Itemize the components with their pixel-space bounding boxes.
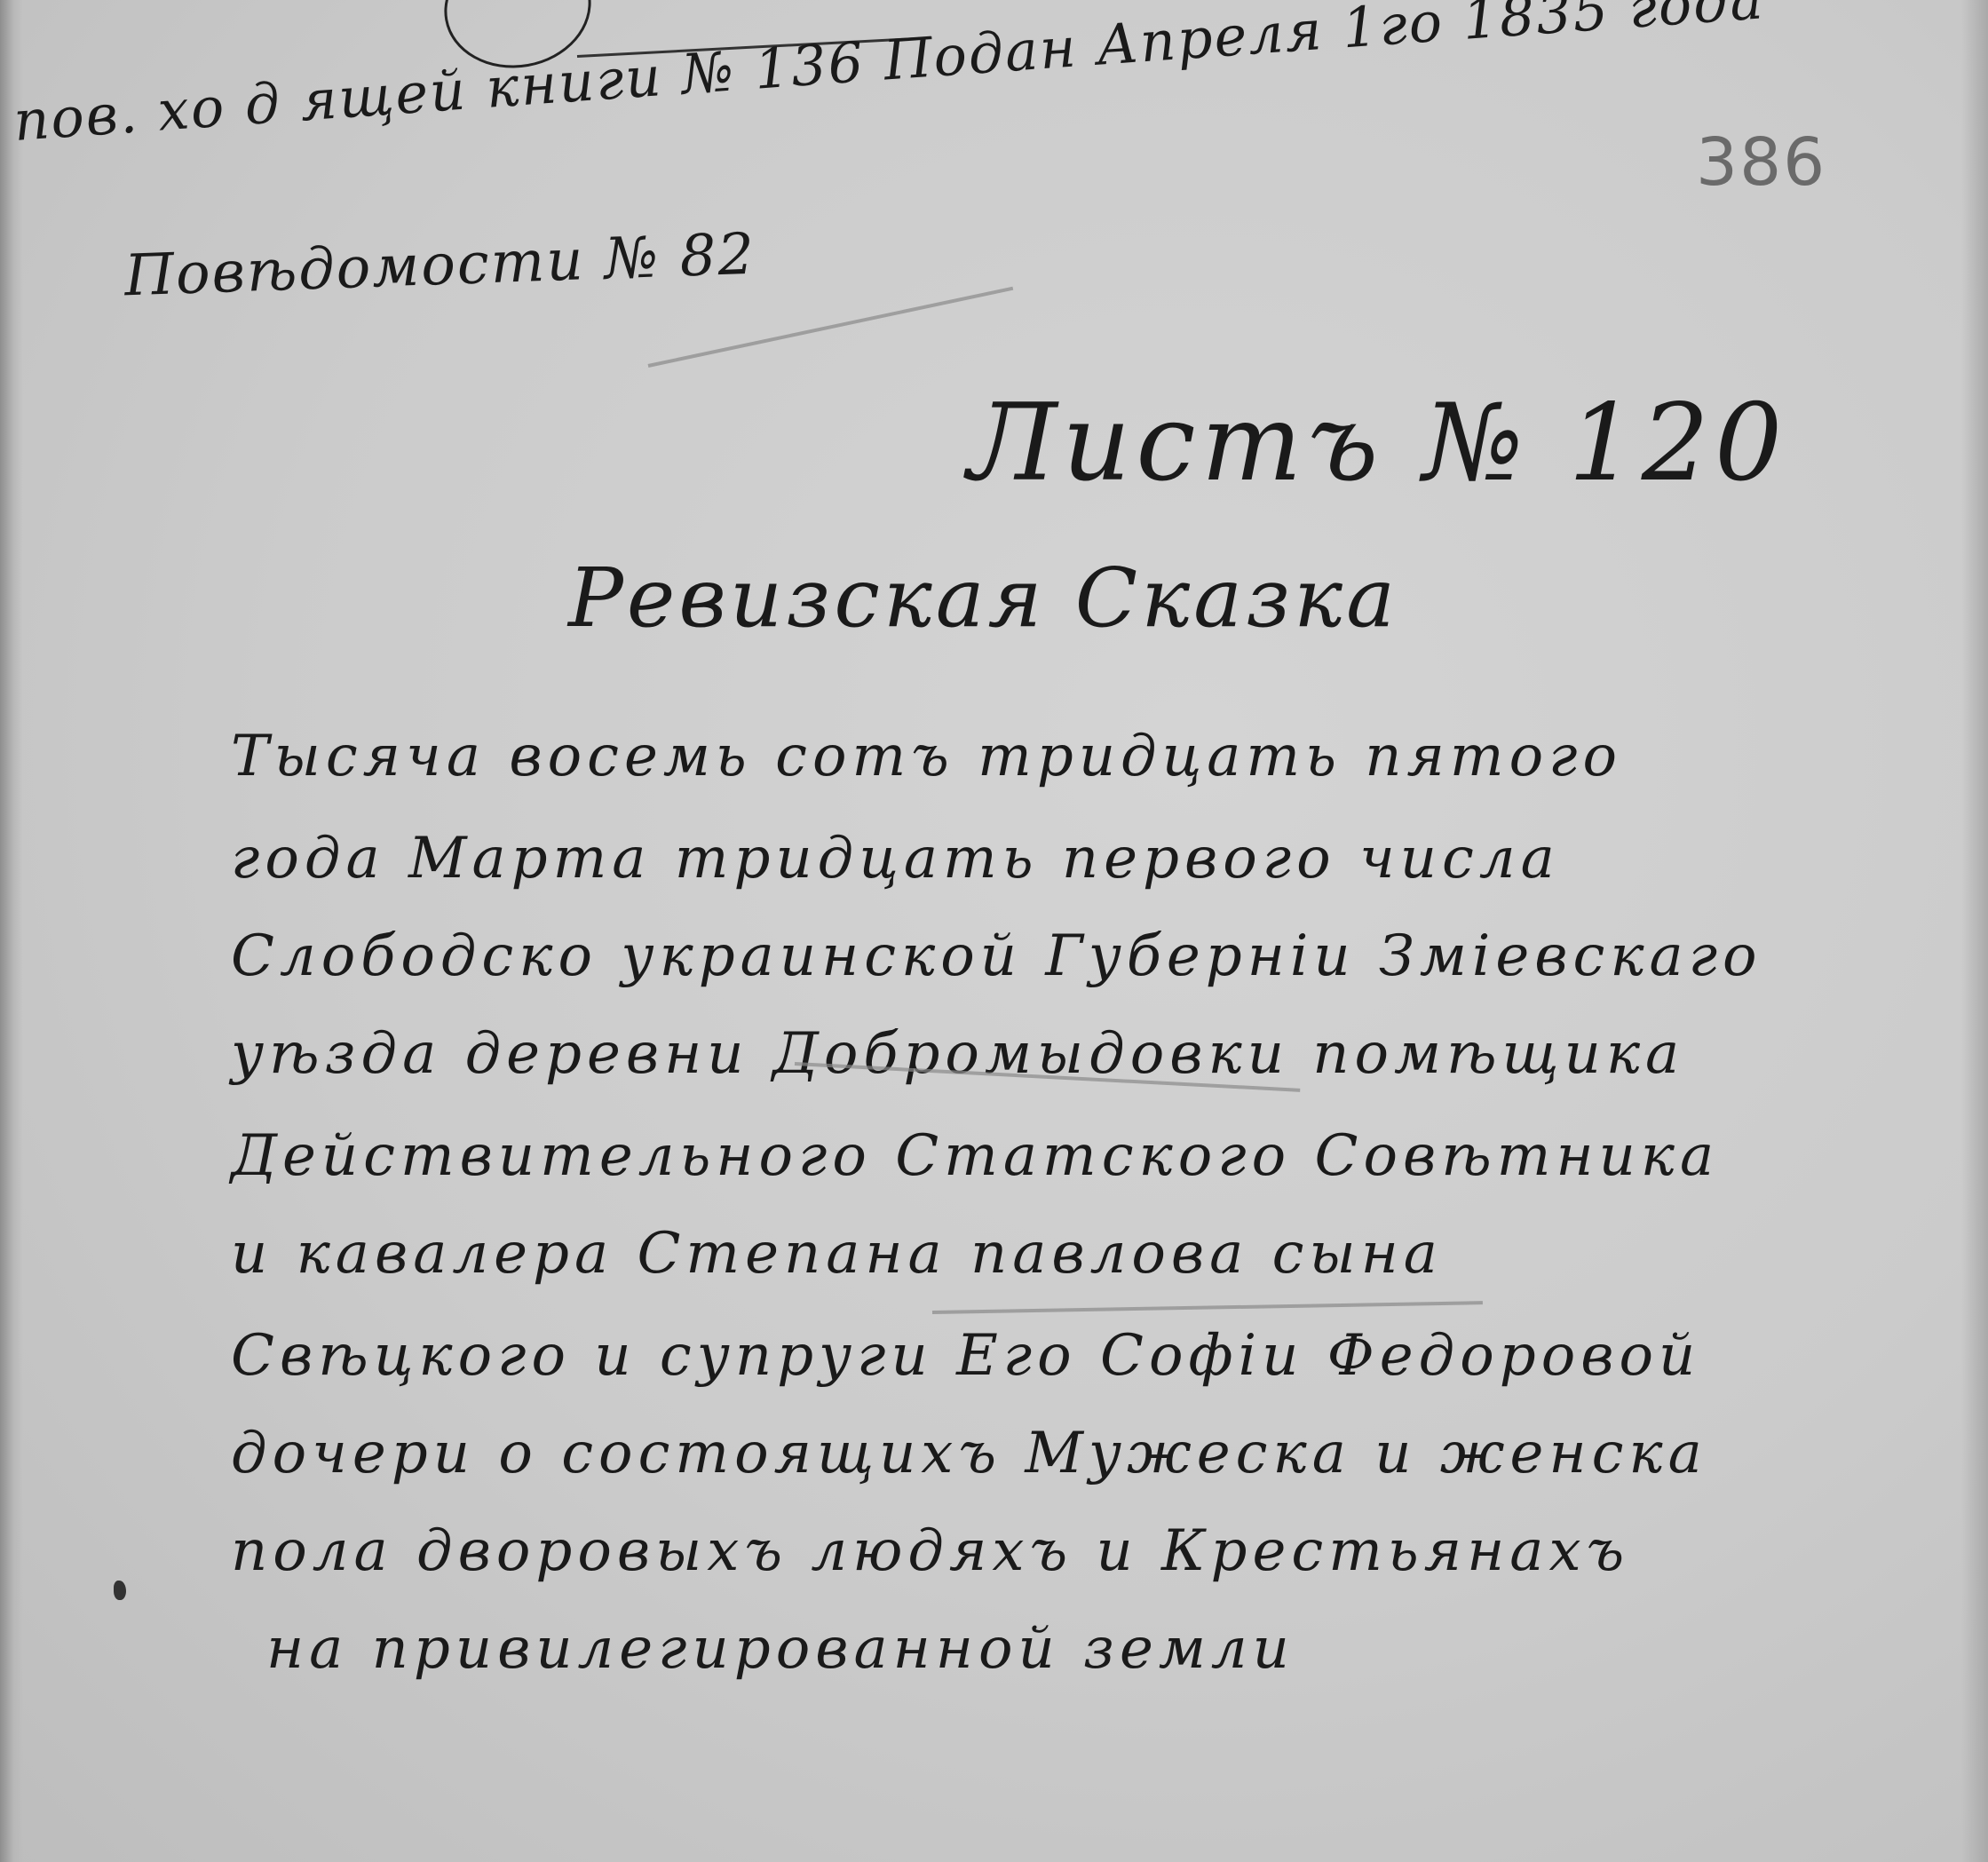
register-number-line: Повѣдомости № 82: [123, 222, 756, 310]
header-submission-note: пов. хо д ящей книги № 136 Подан Апреля …: [12, 0, 1767, 154]
page-left-edge-shadow: [0, 0, 23, 1862]
body-line-10: на привилегированной земли: [266, 1616, 1295, 1682]
list-number: Листъ № 120: [968, 382, 1787, 505]
document-title: Ревизская Сказка: [568, 551, 1398, 646]
body-line-8: дочери о состоящихъ Мужеска и женска: [231, 1421, 1707, 1486]
document-page: пов. хо д ящей книги № 136 Подан Апреля …: [0, 0, 1988, 1862]
body-line-3: Слободско украинской Губерніи Зміевскаго: [231, 923, 1762, 989]
body-line-2: года Марта тридцать первого числа: [231, 826, 1560, 891]
body-line-9: пола дворовыхъ людяхъ и Крестьянахъ: [231, 1518, 1629, 1584]
page-number: 386: [1696, 124, 1826, 201]
body-line-5: Действительного Статского Совѣтника: [231, 1123, 1719, 1189]
body-line-6: и кавалера Степана павлова сына: [231, 1221, 1443, 1287]
ink-blot: [114, 1581, 126, 1600]
body-line-1: Тысяча восемь сотъ тридцать пятого: [231, 724, 1622, 789]
body-line-4: уѣзда деревни Добромыдовки помѣщика: [231, 1021, 1684, 1087]
body-line-7: Свѣцкого и супруги Его Софіи Федоровой: [231, 1323, 1700, 1389]
pencil-diagonal-stroke: [648, 287, 1014, 368]
page-right-edge-shadow: [1961, 0, 1988, 1862]
pencil-arc-stroke: [932, 1301, 1483, 1314]
